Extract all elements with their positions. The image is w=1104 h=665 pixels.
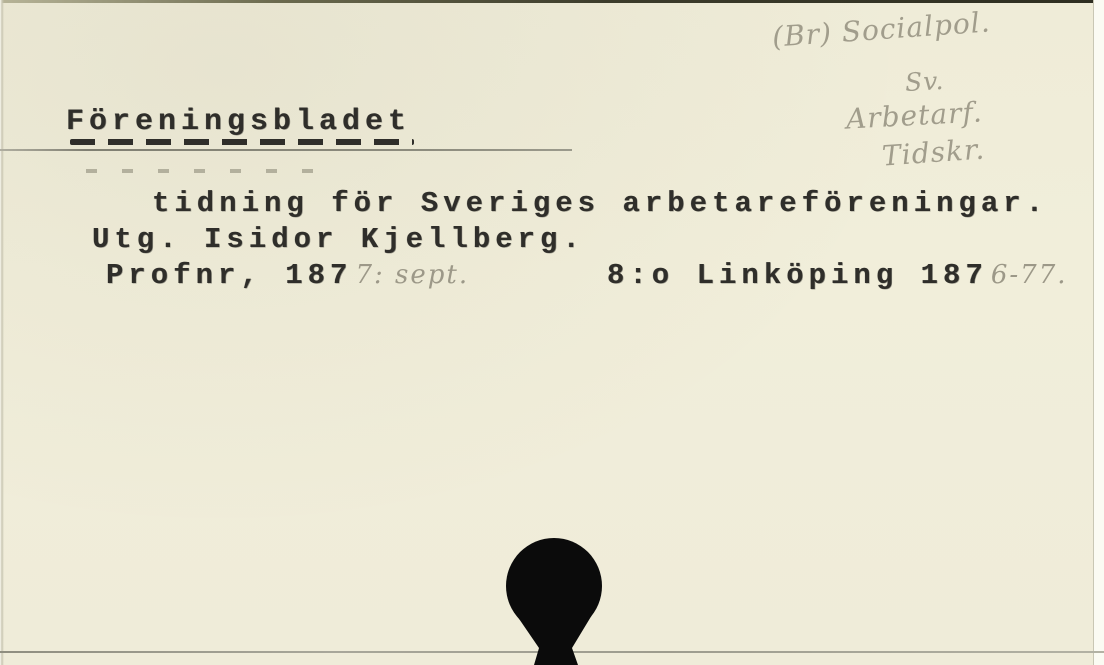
card-bottom-edge [0,651,1104,653]
issue-pencil-note: 7: sept. [352,260,469,290]
card-left-edge [0,0,4,665]
card-top-edge [0,0,1104,3]
imprint-line: 8:o Linköping 1876-77. [607,259,1068,292]
annotation-tidskr: Tidskr. [881,132,986,172]
annotation-arbetarf: Arbetarf. [845,95,983,135]
annotation-sv: Sv. [904,66,945,97]
catalog-card: Föreningsbladet tidning för Sveriges arb… [0,0,1104,665]
card-title: Föreningsbladet [66,105,411,139]
card-right-edge [1093,0,1104,665]
issue-typed-text: Profnr, 187 [106,259,352,292]
ruled-line [0,149,572,151]
publisher-line: Utg. Isidor Kjellberg. [92,223,585,256]
imprint-typed-text: 8:o Linköping 187 [607,259,988,292]
issue-line: Profnr, 1877: sept. [106,259,469,292]
ghost-dash-impression [86,169,338,173]
title-dashed-underline [70,139,414,145]
subtitle-line: tidning för Sveriges arbetareföreningar. [152,187,1048,220]
annotation-classification: (Br) Socialpol. [771,5,991,53]
imprint-pencil-note: 6-77. [988,260,1068,290]
